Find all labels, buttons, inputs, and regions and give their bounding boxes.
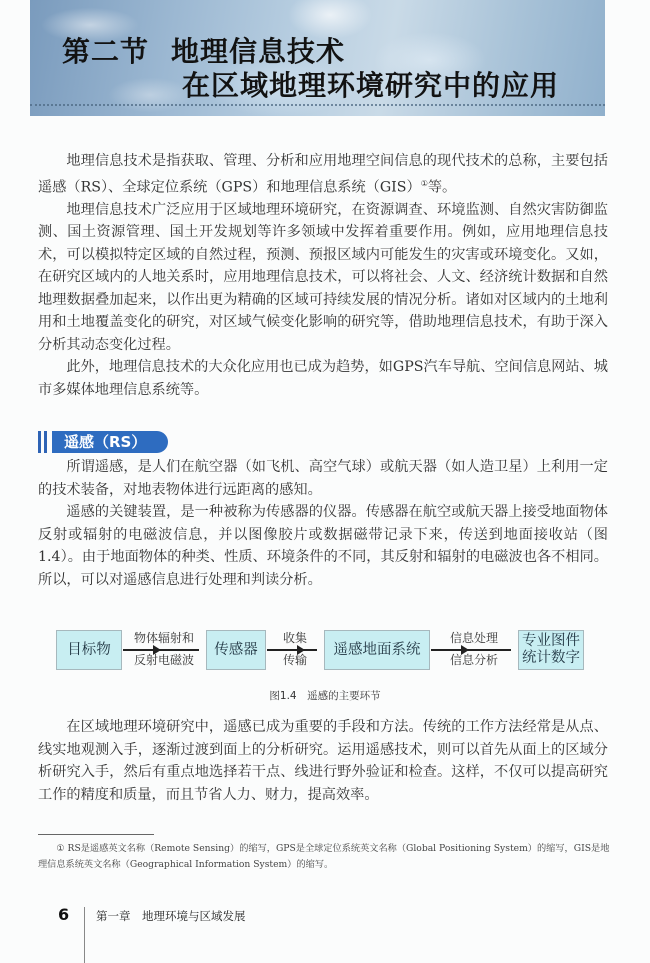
intro-paragraph-2: 地理信息技术广泛应用于区域地理环境研究，在资源调查、环境监测、自然灾害防御监测、… [38, 199, 608, 357]
edge-radiation: 物体辐射和 反射电磁波 [123, 630, 205, 670]
heading-bar-decoration [38, 431, 41, 453]
heading-bar-decoration [44, 431, 47, 453]
intro-paragraph-3: 此外，地理信息技术的大众化应用也已成为趋势，如GPS汽车导航、空间信息网站、城市… [38, 356, 608, 401]
heading-pill: 遥感（RS） [52, 431, 168, 453]
footnote-marker[interactable]: ① [421, 179, 428, 188]
rs-paragraph-2: 遥感的关键装置，是一种被称为传感器的仪器。传感器在航空或航天器上接受地面物体反射… [38, 501, 608, 591]
title-line2: 在区域地理环境研究中的应用 [182, 64, 559, 104]
textbook-page: 第二节地理信息技术 在区域地理环境研究中的应用 地理信息技术是指获取、管理、分析… [0, 0, 650, 963]
footnote: ① RS是遥感英文名称（Remote Sensing）的缩写，GPS是全球定位系… [38, 841, 610, 873]
rs-section-heading: 遥感（RS） [38, 431, 168, 453]
intro-paragraph-1: 地理信息技术是指获取、管理、分析和应用地理空间信息的现代技术的总称，主要包括遥感… [38, 150, 608, 199]
chapter-running-head: 第一章 地理环境与区域发展 [96, 908, 246, 924]
intro-text: 地理信息技术是指获取、管理、分析和应用地理空间信息的现代技术的总称，主要包括遥感… [38, 150, 608, 401]
rs-text-1: 所谓遥感，是人们在航空器（如飞机、高空气球）或航天器（如人造卫星）上利用一定的技… [38, 456, 608, 591]
footer-divider [84, 907, 85, 963]
rs-paragraph-3: 在区域地理环境研究中，遥感已成为重要的手段和方法。传统的工作方法经常是从点、线实… [38, 716, 608, 806]
figure-caption: 图1.4 遥感的主要环节 [0, 688, 650, 703]
footnote-divider [38, 834, 154, 835]
page-number: 6 [58, 905, 69, 924]
rs-paragraph-1: 所谓遥感，是人们在航空器（如飞机、高空气球）或航天器（如人造卫星）上利用一定的技… [38, 456, 608, 501]
rs-text-2: 在区域地理环境研究中，遥感已成为重要的手段和方法。传统的工作方法经常是从点、线实… [38, 716, 608, 806]
remote-sensing-flow-diagram: 目标物 物体辐射和 反射电磁波 传感器 收集 传输 遥感地面系统 信息处理 信息… [56, 630, 596, 676]
node-output: 专业图件 统计数字 [518, 630, 584, 670]
node-target-object: 目标物 [56, 630, 122, 670]
node-ground-system: 遥感地面系统 [324, 630, 430, 670]
node-sensor: 传感器 [206, 630, 266, 670]
section-label: 第二节 [62, 35, 149, 68]
section-title-banner: 第二节地理信息技术 在区域地理环境研究中的应用 [30, 0, 605, 116]
edge-processing: 信息处理 信息分析 [431, 630, 517, 670]
dotted-divider [30, 104, 605, 106]
edge-collect-transmit: 收集 传输 [267, 630, 323, 670]
